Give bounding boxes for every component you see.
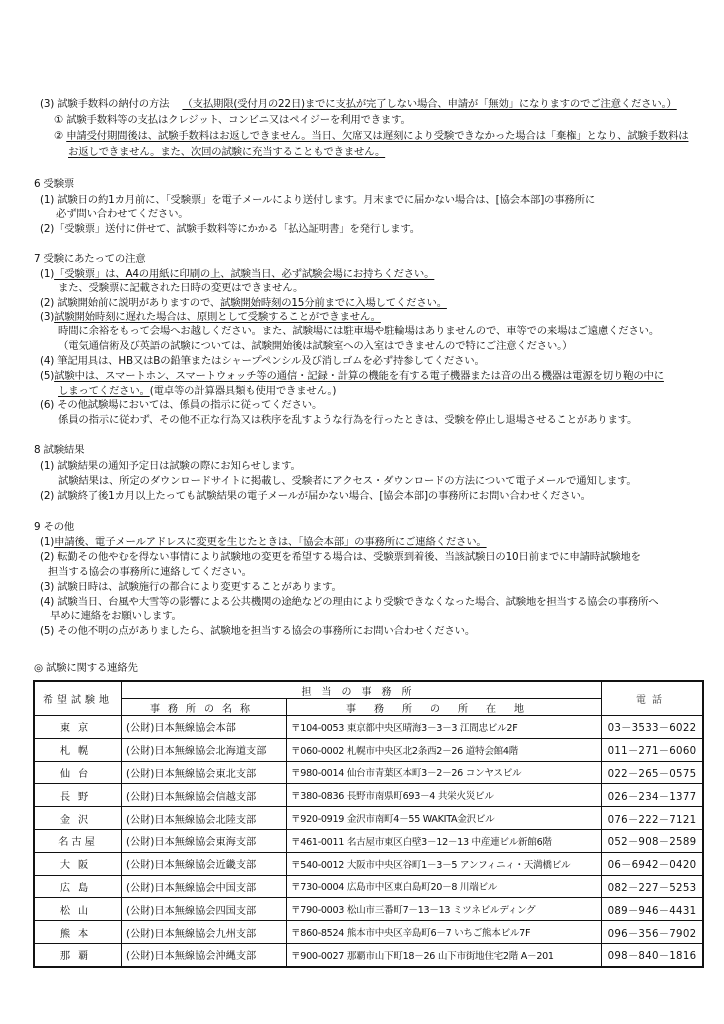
cell-address: 〒860-8524 熊本市中央区辛島町6－7 いちご熊本ビル7F (287, 921, 602, 944)
section-8-item-1-cont: 試験結果は、所定のダウンロードサイトに掲載し、受験者にアクセス・ダウンロードの方… (58, 475, 637, 488)
cell-address: 〒920-0919 金沢市南町4－55 WAKITA金沢ビル (287, 807, 602, 830)
refund-policy-continued: お返しできません。また、次回の試験に充当することもできません。 (68, 146, 385, 159)
cell-city: 札幌 (34, 738, 122, 761)
cell-telephone: 022－265－0575 (602, 761, 704, 784)
header-desired-exam-site: 希望試験地 (34, 681, 122, 716)
cell-office-name: (公財)日本無線協会北陸支部 (122, 807, 287, 830)
table-row: 東京(公財)日本無線協会本部〒104-0053 東京都中央区晴海3－3－3 江間… (34, 716, 703, 739)
section-7-item-4: (4) 筆記用具は、HB又はBの鉛筆またはシャープペンシル及び消しゴムを必ず持参… (40, 355, 485, 368)
item-number: (1) (40, 268, 54, 280)
table-row: 名古屋(公財)日本無線協会東海支部〒461-0011 名古屋市東区白壁3－12－… (34, 829, 703, 852)
contacts-header-row: 希望試験地 担当の事務所 電話 (34, 681, 703, 699)
section-9-item-4: (4) 試験当日、台風や大雪等の影響による公共機関の途絶などの理由により受験でき… (40, 596, 658, 609)
table-row: 金沢(公財)日本無線協会北陸支部〒920-0919 金沢市南町4－55 WAKI… (34, 807, 703, 830)
cell-city: 長野 (34, 784, 122, 807)
section-6-item-1-cont: 必ず問い合わせてください。 (56, 208, 188, 221)
table-row: 札幌(公財)日本無線協会北海道支部〒060-0002 札幌市中央区北2条西2－2… (34, 738, 703, 761)
cell-city: 松山 (34, 898, 122, 921)
item-number: (5) (40, 370, 54, 382)
cell-address: 〒461-0011 名古屋市東区白壁3－12－13 中産連ビル新館6階 (287, 829, 602, 852)
payment-deadline-note: （支払期限(受付月の22日)までに支払が完了しない場合、申請が「無効」になります… (182, 98, 676, 110)
table-row: 広島(公財)日本無線協会中国支部〒730-0004 広島市中区東白島町20－8 … (34, 875, 703, 898)
cell-office-name: (公財)日本無線協会信越支部 (122, 784, 287, 807)
header-telephone: 電話 (602, 681, 704, 716)
section-6-item-1: (1) 試験日の約1カ月前に、「受験票」を電子メールにより送付します。月末までに… (40, 194, 595, 207)
cell-office-name: (公財)日本無線協会近畿支部 (122, 852, 287, 875)
table-row: 長野(公財)日本無線協会信越支部〒380-0836 長野市南県町693－4 共栄… (34, 784, 703, 807)
cell-telephone: 089－946－4431 (602, 898, 704, 921)
cell-telephone: 052－908－2589 (602, 829, 704, 852)
section-8-item-1: (1) 試験結果の通知予定日は試験の際にお知らせします。 (40, 460, 301, 473)
fee-payment-heading: (3) 試験手数料の納付の方法 （支払期限(受付月の22日)までに支払が完了しな… (40, 98, 677, 111)
cell-city: 熊本 (34, 921, 122, 944)
section-7-item-5: (5)試験中は、スマートホン、スマートウォッチ等の通信・記録・計算の機能を有する… (40, 370, 664, 383)
cell-address: 〒980-0014 仙台市青葉区本町3－2－26 コンヤスビル (287, 761, 602, 784)
table-row: 那覇(公財)日本無線協会沖縄支部〒900-0027 那覇市山下町18－26 山下… (34, 943, 703, 966)
cell-office-name: (公財)日本無線協会四国支部 (122, 898, 287, 921)
header-office-group: 担当の事務所 (122, 681, 602, 699)
electronic-devices-note-cont: しまってください。 (58, 385, 150, 397)
cell-address: 〒790-0003 松山市三番町7－13－13 ミツネビルディング (287, 898, 602, 921)
table-row: 大阪(公財)日本無線協会近畿支部〒540-0012 大阪市中央区谷町1－3－5 … (34, 852, 703, 875)
item-number: (1) (40, 536, 54, 548)
section-9-item-3: (3) 試験日時は、試験施行の都合により変更することがあります。 (40, 581, 342, 594)
section-7-item-1-cont: また、受験票に記載された日時の変更はできません。 (58, 282, 303, 295)
cell-address: 〒380-0836 長野市南県町693－4 共栄火災ビル (287, 784, 602, 807)
table-row: 松山(公財)日本無線協会四国支部〒790-0003 松山市三番町7－13－13 … (34, 898, 703, 921)
cell-city: 金沢 (34, 807, 122, 830)
header-office-name: 事務所の名称 (122, 699, 287, 716)
cell-telephone: 098－840－1816 (602, 943, 704, 966)
cell-city: 那覇 (34, 943, 122, 966)
cell-office-name: (公財)日本無線協会東北支部 (122, 761, 287, 784)
table-row: 熊本(公財)日本無線協会九州支部〒860-8524 熊本市中央区辛島町6－7 い… (34, 921, 703, 944)
item-2-marker: ② (54, 130, 66, 142)
section-9-item-1: (1)申請後、電子メールアドレスに変更を生じたときは、「協会本部」の事務所にご連… (40, 536, 487, 549)
section-9-item-4-cont: 早めに連絡をお願いします。 (50, 610, 182, 623)
cell-city: 広島 (34, 875, 122, 898)
section-7-item-3-cont-2: （電気通信術及び英語の試験については、試験開始後は試験室への入室はできませんので… (58, 340, 572, 353)
table-row: 仙台(公財)日本無線協会東北支部〒980-0014 仙台市青葉区本町3－2－26… (34, 761, 703, 784)
item-text: (2) 試験開始前に説明がありますので、 (40, 297, 220, 309)
section-7-item-1: (1)「受験票」は、A4の用紙に印刷の上、試験当日、必ず試験会場にお持ちください… (40, 268, 434, 281)
calculator-note: (電卓等の計算器具類も使用できません。) (150, 385, 337, 397)
cell-office-name: (公財)日本無線協会中国支部 (122, 875, 287, 898)
section-7-item-2: (2) 試験開始前に説明がありますので、試験開始時刻の15分前までに入場してくだ… (40, 297, 447, 310)
email-change-note: 申請後、電子メールアドレスに変更を生じたときは、「協会本部」の事務所にご連絡くだ… (54, 536, 486, 548)
section-7-title: 7 受験にあたっての注意 (34, 253, 145, 266)
cell-city: 東京 (34, 716, 122, 739)
refund-policy-text: 申請受付期間後は、試験手数料はお返しできません。当日、欠席又は遅刻により受験でき… (66, 130, 688, 142)
fee-payment-label: (3) 試験手数料の納付の方法 (40, 98, 169, 110)
section-7-item-6: (6) その他試験場においては、係員の指示に従ってください。 (40, 399, 322, 412)
cell-city: 大阪 (34, 852, 122, 875)
section-8-title: 8 試験結果 (34, 444, 84, 457)
cell-office-name: (公財)日本無線協会東海支部 (122, 829, 287, 852)
cell-address: 〒540-0012 大阪市中央区谷町1－3－5 アンフィニィ・天満橋ビル (287, 852, 602, 875)
cell-address: 〒060-0002 札幌市中央区北2条西2－26 道特会館4階 (287, 738, 602, 761)
section-7-item-6-cont: 係員の指示に従わず、その他不正な行為又は秩序を乱すような行為を行ったときは、受験… (58, 414, 637, 427)
admission-ticket-note: 「受験票」は、A4の用紙に印刷の上、試験当日、必ず試験会場にお持ちください。 (54, 268, 434, 280)
refund-policy-cont-text: お返しできません。また、次回の試験に充当することもできません。 (68, 146, 385, 158)
cell-office-name: (公財)日本無線協会九州支部 (122, 921, 287, 944)
cell-address: 〒900-0027 那覇市山下町18－26 山下市街地住宅2階 A－201 (287, 943, 602, 966)
cell-office-name: (公財)日本無線協会北海道支部 (122, 738, 287, 761)
cell-telephone: 082－227－5253 (602, 875, 704, 898)
header-office-address: 事務所の所在地 (287, 699, 602, 716)
item-number: (3) (40, 311, 54, 323)
fee-payment-item-1: ① 試験手数料等の支払はクレジット、コンビニ又はペイジーを利用できます。 (54, 114, 411, 127)
cell-telephone: 076－222－7121 (602, 807, 704, 830)
section-7-item-5-cont: しまってください。(電卓等の計算器具類も使用できません。) (58, 385, 336, 398)
contacts-title: ◎ 試験に関する連絡先 (34, 662, 138, 675)
section-7-item-3: (3)試験開始時刻に遅れた場合は、原則として受験することができません。 (40, 311, 381, 324)
cell-telephone: 011－271－6060 (602, 738, 704, 761)
cell-telephone: 03－3533－6022 (602, 716, 704, 739)
section-7-item-3-cont-1: 時間に余裕をもって会場へお越しください。また、試験場には駐車場や駐輪場はありませ… (58, 325, 659, 338)
cell-telephone: 026－234－1377 (602, 784, 704, 807)
cell-office-name: (公財)日本無線協会沖縄支部 (122, 943, 287, 966)
arrival-time-note: 試験開始時刻の15分前までに入場してください。 (220, 297, 447, 309)
cell-address: 〒104-0053 東京都中央区晴海3－3－3 江間忠ビル2F (287, 716, 602, 739)
section-9-title: 9 その他 (34, 521, 74, 534)
electronic-devices-note: 試験中は、スマートホン、スマートウォッチ等の通信・記録・計算の機能を有する電子機… (54, 370, 664, 382)
cell-telephone: 096－356－7902 (602, 921, 704, 944)
cell-office-name: (公財)日本無線協会本部 (122, 716, 287, 739)
cell-address: 〒730-0004 広島市中区東白島町20－8 川端ビル (287, 875, 602, 898)
cell-city: 名古屋 (34, 829, 122, 852)
cell-city: 仙台 (34, 761, 122, 784)
section-9-item-2-cont: 担当する協会の事務所に連絡してください。 (48, 566, 252, 579)
section-9-item-2: (2) 転勤その他やむを得ない事情により試験地の変更を希望する場合は、受験票到着… (40, 551, 641, 564)
cell-telephone: 06－6942－0420 (602, 852, 704, 875)
section-6-title: 6 受験票 (34, 178, 74, 191)
contacts-table: 希望試験地 担当の事務所 電話 事務所の名称 事務所の所在地 東京(公財)日本無… (33, 680, 704, 968)
fee-payment-item-2: ② 申請受付期間後は、試験手数料はお返しできません。当日、欠席又は遅刻により受験… (54, 130, 688, 143)
section-9-item-5: (5) その他不明の点がありましたら、試験地を担当する協会の事務所にお問い合わせ… (40, 625, 475, 638)
section-6-item-2: (2)「受験票」送付に併せて、試験手数料等にかかる「払込証明書」を発行します。 (40, 223, 420, 236)
section-8-item-2: (2) 試験終了後1カ月以上たっても試験結果の電子メールが届かない場合、[協会本… (40, 490, 591, 503)
late-arrival-note: 試験開始時刻に遅れた場合は、原則として受験することができません。 (54, 311, 381, 323)
